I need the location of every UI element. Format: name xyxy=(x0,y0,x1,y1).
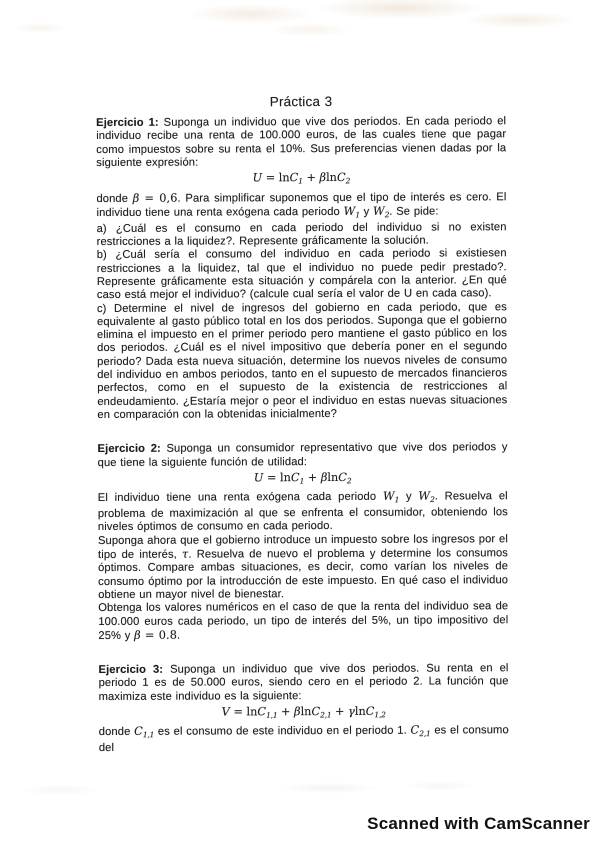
math-run: C xyxy=(291,471,300,484)
formula-utility-ej2: U = lnC1 + βlnC2 xyxy=(98,469,508,489)
paragraph-ejercicio1-item-b: b) ¿Cuál sería el consumo del individuo … xyxy=(97,248,507,303)
page-title: Práctica 3 xyxy=(96,93,506,111)
math-run: 1,1 xyxy=(266,711,277,720)
math-run: 2 xyxy=(346,177,351,186)
text-run: es el consumo de este individuo en el pe… xyxy=(154,725,410,738)
math-run: 2 xyxy=(347,476,352,485)
scanned-page: { "document": { "title": "Práctica 3", "… xyxy=(0,0,599,848)
math-run: W xyxy=(383,490,395,503)
math-run: = ln xyxy=(230,705,258,718)
text-run: a) ¿Cuál es el consumo en cada periodo d… xyxy=(97,221,507,248)
formula-utility-ej1: U = lnC1 + βlnC2 xyxy=(96,169,506,189)
text-run: c) Determine el nivel de ingresos del go… xyxy=(97,301,507,421)
math-run: = 0.8 xyxy=(141,628,177,641)
paragraph-ejercicio1-donde: donde β = 0,6. Para simplificar suponemo… xyxy=(96,190,506,223)
math-run: U xyxy=(254,471,264,484)
math-run: 2,1 xyxy=(320,710,331,719)
math-run: + xyxy=(331,705,348,718)
math-run: + xyxy=(277,705,294,718)
paragraph-ejercicio2-valores: Obtenga los valores numéricos en el caso… xyxy=(98,600,508,643)
text-run: b) ¿Cuál sería el consumo del individuo … xyxy=(97,248,507,302)
math-run: 1,1 xyxy=(143,731,154,740)
math-run: W xyxy=(344,205,356,218)
math-run: 2,1 xyxy=(419,730,430,739)
exercise-label: Ejercicio 2: xyxy=(98,443,161,455)
scan-noise-bottom xyxy=(0,778,599,800)
math-run: C xyxy=(337,171,346,184)
text-run: y xyxy=(360,206,373,218)
text-run: donde xyxy=(99,726,134,738)
math-run: ln xyxy=(355,705,366,718)
document-body: Práctica 3 Ejercicio 1: Suponga un indiv… xyxy=(96,93,509,755)
math-run: = ln xyxy=(263,471,291,484)
math-run: ln xyxy=(326,171,337,184)
paragraph-ejercicio2-intro: Ejercicio 2: Suponga un consumidor repre… xyxy=(98,441,508,469)
math-run: U xyxy=(253,171,263,184)
math-run: V xyxy=(222,705,230,718)
math-run: C xyxy=(366,705,375,718)
text-run: . Se pide: xyxy=(389,205,438,217)
paragraph-ejercicio2-impuesto: Suponga ahora que el gobierno introduce … xyxy=(98,533,508,602)
text-run: . xyxy=(177,629,180,641)
math-run: C xyxy=(134,725,143,738)
text-run: El individuo tiene una renta exógena cad… xyxy=(98,491,383,504)
math-run: + xyxy=(304,471,321,484)
paragraph-ejercicio1-item-c: c) Determine el nivel de ingresos del go… xyxy=(97,301,508,422)
exercise-label: Ejercicio 3: xyxy=(98,664,163,676)
formula-utility-ej3: V = lnC1,1 + βlnC2,1 + γlnC1,2 xyxy=(99,703,509,723)
math-run: ln xyxy=(301,705,312,718)
math-run: + xyxy=(303,171,320,184)
paragraph-ejercicio3-intro: Ejercicio 3: Suponga un individuo que vi… xyxy=(98,662,508,704)
math-run: ln xyxy=(327,471,338,484)
math-run: C xyxy=(290,171,299,184)
paper-sheet: Práctica 3 Ejercicio 1: Suponga un indiv… xyxy=(0,0,599,848)
math-run: = 0,6 xyxy=(139,191,177,204)
math-run: = ln xyxy=(262,171,290,184)
paragraph-ejercicio1-intro: Ejercicio 1: Suponga un individuo que vi… xyxy=(96,115,506,170)
paragraph-ejercicio3-donde: donde C1,1 es el consumo de este individ… xyxy=(99,724,509,756)
paragraph-ejercicio2-renta: El individuo tiene una renta exógena cad… xyxy=(98,490,508,535)
math-run: C xyxy=(338,471,347,484)
text-run: y xyxy=(399,491,418,503)
camscanner-watermark: Scanned with CamScanner xyxy=(367,814,590,834)
scan-noise-top xyxy=(0,0,599,46)
math-run: W xyxy=(373,205,385,218)
paragraph-ejercicio1-item-a: a) ¿Cuál es el consumo en cada periodo d… xyxy=(97,221,507,249)
text-run: donde xyxy=(96,193,132,205)
math-run: 1,2 xyxy=(374,710,385,719)
exercise-label: Ejercicio 1: xyxy=(96,117,159,129)
math-run: W xyxy=(418,490,430,503)
